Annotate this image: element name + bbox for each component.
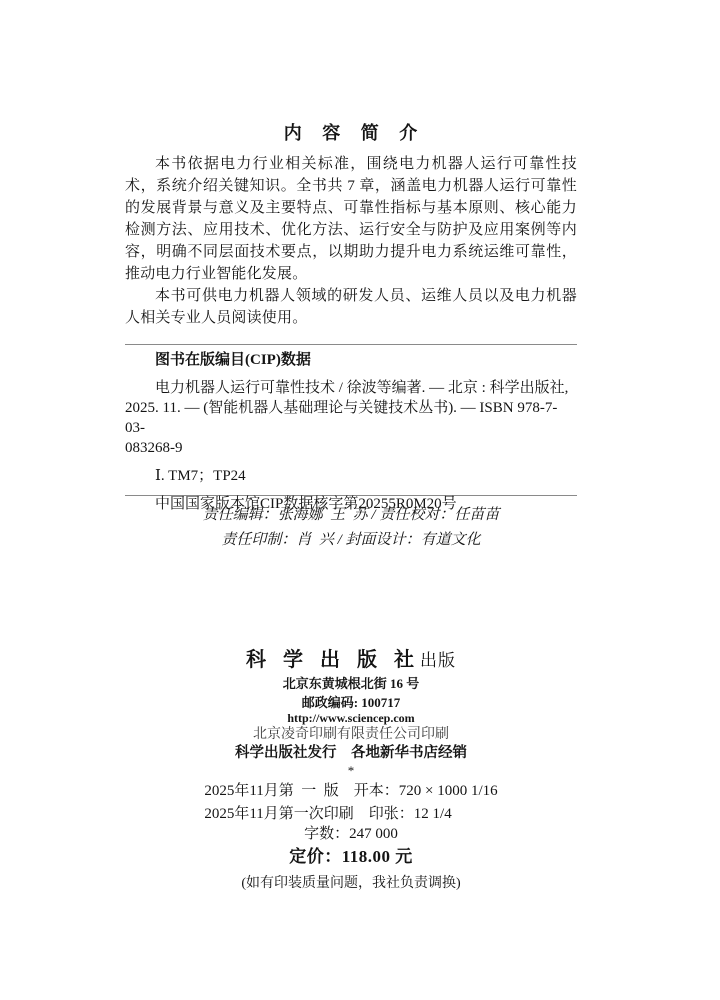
cip-record: 电力机器人运行可靠性技术 / 徐波等编著. — 北京 : 科学出版社, 2025… <box>125 378 577 458</box>
word-count-line: 字数：247 000 <box>125 826 577 843</box>
edition-line-first-printing: 2025年11月第一次印刷 印张：12 1/4 <box>204 803 497 826</box>
publisher-logo: 科 学 出 版 社 出版 <box>125 649 577 673</box>
cip-record-line: 电力机器人运行可靠性技术 / 徐波等编著. — 北京 : 科学出版社, <box>125 378 577 398</box>
publisher-logo-script: 科 学 出 版 社 <box>246 649 416 671</box>
cip-header: 图书在版编目(CIP)数据 <box>125 351 577 369</box>
cip-classification: Ⅰ. TM7；TP24 <box>125 466 577 486</box>
intro-paragraph-2: 本书可供电力机器人领域的研发人员、运维人员以及电力机器人相关专业人员阅读使用。 <box>125 285 577 329</box>
publisher-website: http://www.sciencep.com <box>125 711 577 726</box>
publisher-postcode: 邮政编码: 100717 <box>125 694 577 711</box>
credits-line-print-design: 责任印制：肖 兴 / 封面设计：有道文化 <box>125 528 577 553</box>
intro-title: 内 容 简 介 <box>125 121 577 145</box>
cip-record-line: 2025. 11. — (智能机器人基础理论与关键技术丛书). — ISBN 9… <box>125 398 577 438</box>
price-line: 定价：118.00 元 <box>125 845 577 869</box>
staff-credits: 责任编辑：张海娜 王 苏 / 责任校对：任苗苗 责任印制：肖 兴 / 封面设计：… <box>125 503 577 553</box>
credits-line-editors: 责任编辑：张海娜 王 苏 / 责任校对：任苗苗 <box>125 503 577 528</box>
copyright-page: 内 容 简 介 本书依据电力行业相关标准，围绕电力机器人运行可靠性技术，系统介绍… <box>0 0 720 1000</box>
quality-note: (如有印装质量问题，我社负责调换) <box>125 874 577 894</box>
intro-paragraph-1: 本书依据电力行业相关标准，围绕电力机器人运行可靠性技术，系统介绍关键知识。全书共… <box>125 153 577 285</box>
section-divider-asterisk: * <box>125 762 577 780</box>
distribution-line: 科学出版社发行 各地新华书店经销 <box>125 744 577 762</box>
cip-record-line: 083268-9 <box>125 438 577 458</box>
intro-section: 内 容 简 介 本书依据电力行业相关标准，围绕电力机器人运行可靠性技术，系统介绍… <box>125 0 577 329</box>
cip-data-box: 图书在版编目(CIP)数据 电力机器人运行可靠性技术 / 徐波等编著. — 北京… <box>125 344 577 496</box>
colophon: 科 学 出 版 社 出版 北京东黄城根北街 16 号 邮政编码: 100717 … <box>125 649 577 894</box>
publisher-address: 北京东黄城根北街 16 号 <box>125 675 577 693</box>
edition-line-first-edition: 2025年11月第 一 版 开本：720 × 1000 1/16 <box>204 780 497 803</box>
edition-block: 2025年11月第 一 版 开本：720 × 1000 1/16 2025年11… <box>204 780 497 826</box>
publisher-logo-suffix: 出版 <box>420 651 456 670</box>
printer-line: 北京凌奇印刷有限责任公司印刷 <box>125 726 577 744</box>
